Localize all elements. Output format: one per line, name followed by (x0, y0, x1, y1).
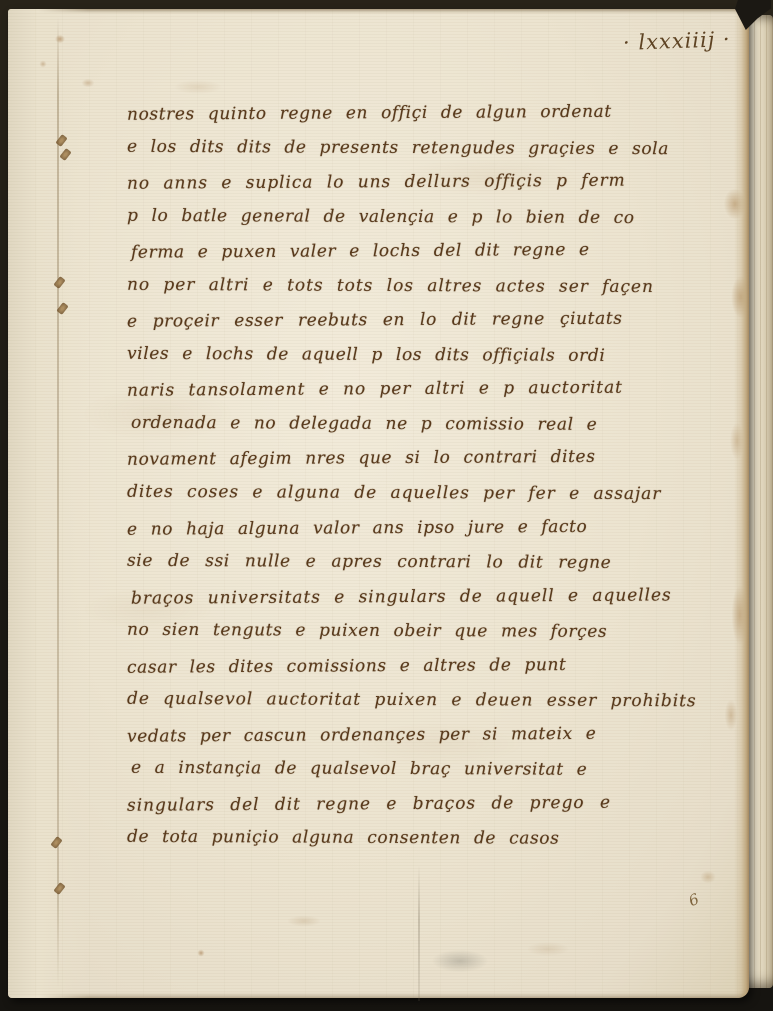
manuscript-line: p lo batle general de valençia e p lo bi… (127, 198, 683, 235)
manuscript-line: sie de ssi nulle e apres contrari lo dit… (127, 544, 683, 581)
manuscript-line: nostres quinto regne en offiçi de algun … (127, 94, 683, 132)
manuscript-line: naris tansolament e no per altri e p auc… (127, 371, 683, 409)
manuscript-line: no per altri e tots tots los altres acte… (127, 268, 683, 305)
manuscript-line: e los dits dits de presents retengudes g… (127, 129, 683, 166)
folio-number: · lxxxiiij · (623, 27, 731, 55)
binding-gutter (8, 9, 88, 998)
bottom-crease-line (418, 865, 420, 1001)
manuscript-line: ferma e puxen valer e lochs del dit regn… (131, 233, 683, 271)
book-photograph: · lxxxiiij · nostres quinto regne en off… (0, 0, 773, 1011)
manuscript-line: de tota puniçio alguna consenten de caso… (127, 820, 683, 857)
torn-fore-edge (734, 9, 749, 998)
manuscript-line: e a instançia de qualsevol braç universi… (131, 751, 683, 788)
manuscript-text-block: nostres quinto regne en offiçi de algun … (127, 96, 683, 856)
manuscript-page: · lxxxiiij · nostres quinto regne en off… (8, 9, 749, 998)
manuscript-line: braços universitats e singulars de aquel… (131, 578, 683, 616)
manuscript-line: ordenada e no delegada ne p comissio rea… (131, 406, 683, 443)
folio-corner-mark: 6 (686, 890, 702, 910)
manuscript-line: e no haja alguna valor ans ipso jure e f… (127, 509, 683, 547)
manuscript-line: viles e lochs de aquell p los dits offiç… (127, 337, 683, 374)
manuscript-line: singulars del dit regne e braços de preg… (127, 785, 683, 823)
manuscript-line: no sien tenguts e puixen obeir que mes f… (127, 613, 683, 650)
manuscript-line: novament afegim nres que si lo contrari … (127, 440, 683, 478)
manuscript-line: no anns e suplica lo uns dellurs offiçis… (127, 163, 683, 201)
manuscript-line: casar les dites comissions e altres de p… (127, 647, 683, 685)
manuscript-line: e proçeir esser reebuts en lo dit regne … (127, 302, 683, 340)
manuscript-line: dites coses e alguna de aquelles per fer… (127, 475, 683, 512)
manuscript-line: de qualsevol auctoritat puixen e deuen e… (127, 682, 683, 719)
manuscript-line: vedats per cascun ordenançes per si mate… (127, 716, 683, 754)
